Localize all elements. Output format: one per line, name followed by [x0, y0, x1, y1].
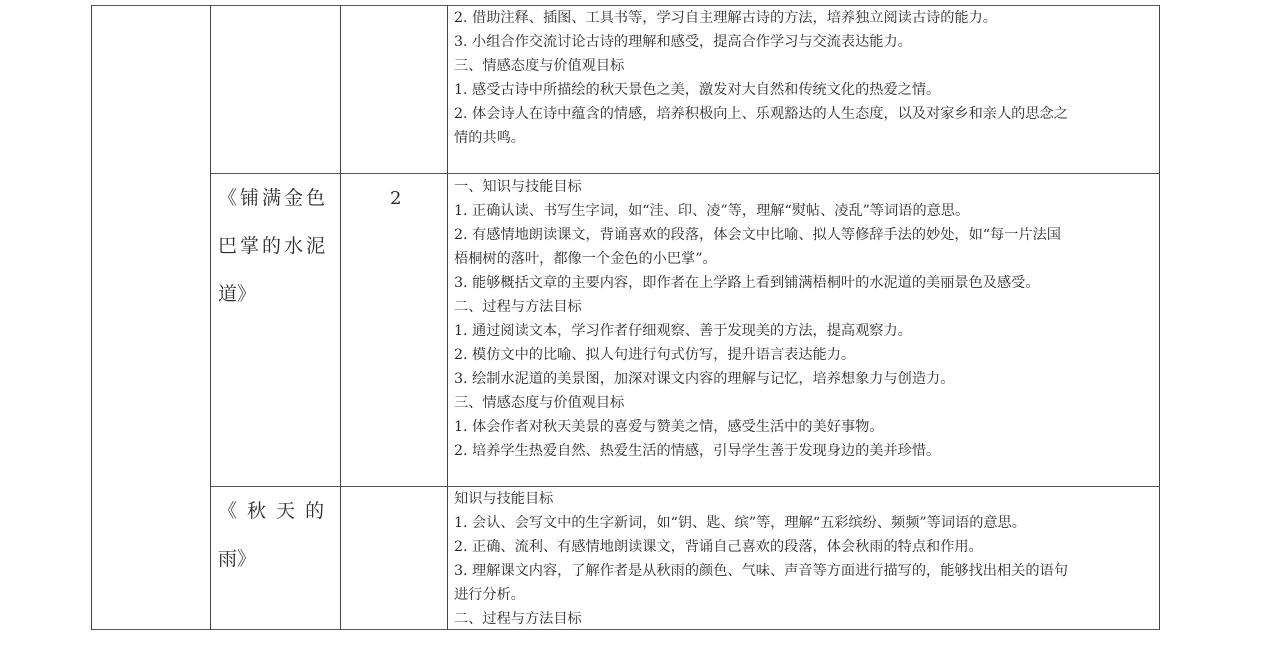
- objective-line: 2. 培养学生热爱自然、热爱生活的情感，引导学生善于发现身边的美并珍惜。: [454, 439, 1061, 463]
- objective-line: 情的共鸣。: [454, 126, 1068, 150]
- lesson-title-row-1: 《铺满金色 巴掌的水泥 道》: [218, 174, 328, 318]
- objective-line: 2. 模仿文中的比喻、拟人句进行句式仿写，提升语言表达能力。: [454, 343, 1061, 367]
- lesson-title-line: 道》: [218, 270, 328, 318]
- lesson-title-line: 《 秋 天 的: [218, 487, 326, 535]
- column-divider-1: [210, 5, 211, 630]
- objective-line: 2. 体会诗人在诗中蕴含的情感，培养积极向上、乐观豁达的人生态度，以及对家乡和亲…: [454, 102, 1068, 126]
- objective-line: 进行分析。: [454, 583, 1068, 607]
- objective-heading: 三、情感态度与价值观目标: [454, 54, 1068, 78]
- class-hours-row-1: 2: [390, 188, 401, 209]
- objective-line: 1. 体会作者对秋天美景的喜爱与赞美之情，感受生活中的美好事物。: [454, 415, 1061, 439]
- column-divider-3: [447, 5, 448, 630]
- objectives-cell-row-1: 一、知识与技能目标 1. 正确认读、书写生字词，如“洼、印、凌”等，理解“熨帖、…: [454, 175, 1061, 463]
- objective-line: 3. 绘制水泥道的美景图，加深对课文内容的理解与记忆，培养想象力与创造力。: [454, 367, 1061, 391]
- objective-heading: 一、知识与技能目标: [454, 175, 1061, 199]
- objective-heading: 三、情感态度与价值观目标: [454, 391, 1061, 415]
- objective-line: 3. 理解课文内容，了解作者是从秋雨的颜色、气味、声音等方面进行描写的，能够找出…: [454, 559, 1068, 583]
- objective-heading: 知识与技能目标: [454, 487, 1068, 511]
- row-divider-1: [210, 173, 1160, 174]
- document-page: 2. 借助注释、插图、工具书等，学习自主理解古诗的方法，培养独立阅读古诗的能力。…: [0, 0, 1279, 646]
- lesson-title-line: 《铺满金色: [218, 174, 328, 222]
- objective-line: 1. 正确认读、书写生字词，如“洼、印、凌”等，理解“熨帖、凌乱”等词语的意思。: [454, 199, 1061, 223]
- table-left-border: [91, 5, 92, 630]
- lesson-title-line: 雨》: [218, 535, 326, 583]
- objective-line: 2. 有感情地朗读课文，背诵喜欢的段落，体会文中比喻、拟人等修辞手法的妙处，如“…: [454, 223, 1061, 247]
- table-right-border: [1159, 5, 1160, 630]
- objective-line: 3. 小组合作交流讨论古诗的理解和感受，提高合作学习与交流表达能力。: [454, 30, 1068, 54]
- objective-line: 1. 通过阅读文本，学习作者仔细观察、善于发现美的方法，提高观察力。: [454, 319, 1061, 343]
- objectives-cell-row-2: 知识与技能目标 1. 会认、会写文中的生字新词，如“钥、匙、缤”等，理解“五彩缤…: [454, 487, 1068, 631]
- objective-line: 2. 正确、流利、有感情地朗读课文，背诵自己喜欢的段落，体会秋雨的特点和作用。: [454, 535, 1068, 559]
- objective-heading: 二、过程与方法目标: [454, 295, 1061, 319]
- lesson-title-row-2: 《 秋 天 的 雨》: [218, 487, 326, 583]
- objective-line: 梧桐树的落叶，都像一个金色的小巴掌”。: [454, 247, 1061, 271]
- objective-line: 1. 会认、会写文中的生字新词，如“钥、匙、缤”等，理解“五彩缤纷、频频”等词语…: [454, 511, 1068, 535]
- column-divider-2: [340, 5, 341, 630]
- objectives-cell-row-0: 2. 借助注释、插图、工具书等，学习自主理解古诗的方法，培养独立阅读古诗的能力。…: [454, 6, 1068, 150]
- objective-heading: 二、过程与方法目标: [454, 607, 1068, 631]
- objective-line: 3. 能够概括文章的主要内容，即作者在上学路上看到铺满梧桐叶的水泥道的美丽景色及…: [454, 271, 1061, 295]
- lesson-title-line: 巴掌的水泥: [218, 222, 328, 270]
- objective-line: 2. 借助注释、插图、工具书等，学习自主理解古诗的方法，培养独立阅读古诗的能力。: [454, 6, 1068, 30]
- objective-line: 1. 感受古诗中所描绘的秋天景色之美，激发对大自然和传统文化的热爱之情。: [454, 78, 1068, 102]
